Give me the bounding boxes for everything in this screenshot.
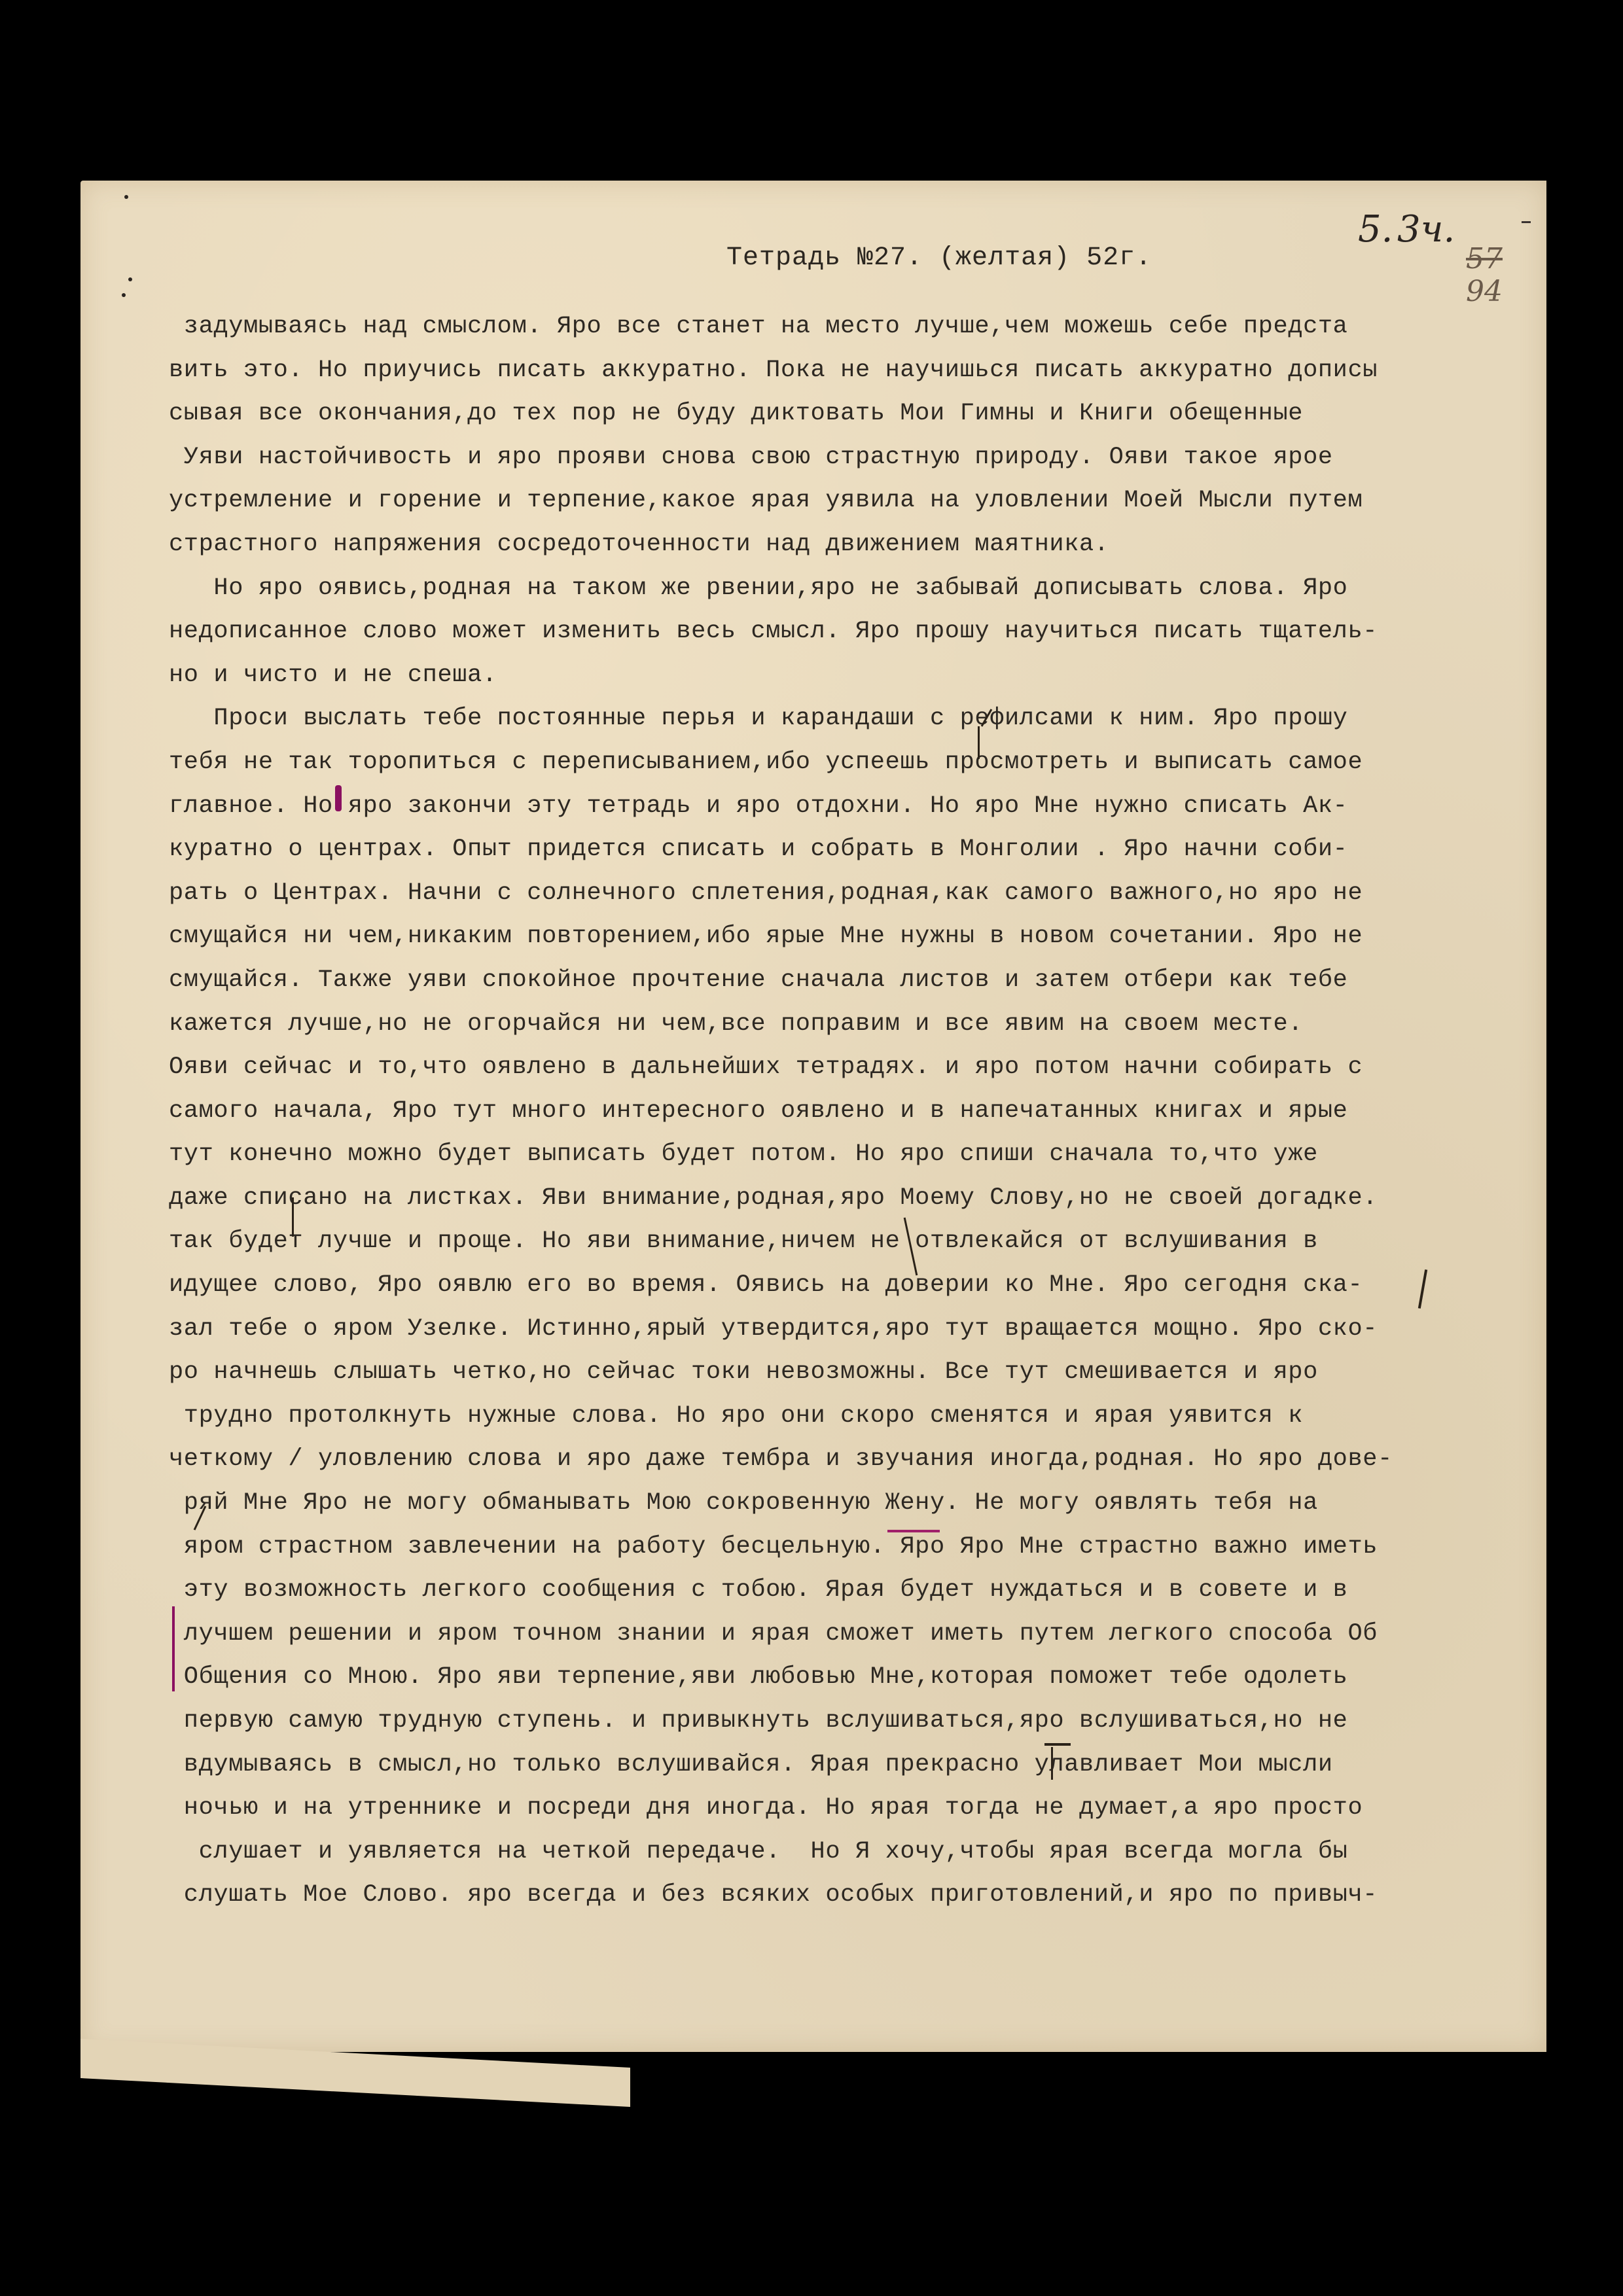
text-line: Уяви настойчивость и яро прояви снова св…	[169, 436, 1537, 480]
text-line: вдумываясь в смысл,но только вслушивайся…	[169, 1743, 1537, 1787]
text-line: трудно протолкнуть нужные слова. Но яро …	[169, 1394, 1537, 1438]
text-line: но и чисто и не спеша.	[169, 654, 1537, 698]
text-line: ро начнешь слышать четко,но сейчас токи …	[169, 1351, 1537, 1394]
text-line: четкому / уловлению слова и яро даже тем…	[169, 1438, 1537, 1481]
handwritten-page-number: 94	[1466, 275, 1503, 308]
text-line: смущайся ни чем,никаким повторением,ибо …	[169, 915, 1537, 959]
margin-dash-mark	[1522, 221, 1531, 223]
text-line: рать о Центрах. Начни с солнечного сплет…	[169, 872, 1537, 915]
text-line: Проси выслать тебе постоянные перья и ка…	[169, 697, 1537, 741]
text-line: устремление и горение и терпение,какое я…	[169, 479, 1537, 523]
ink-correction-stroke	[978, 726, 980, 759]
text-line: вить это. Но приучись писать аккуратно. …	[169, 349, 1537, 393]
paper-torn-edge	[80, 2039, 630, 2107]
text-line: тебя не так торопиться с переписыванием,…	[169, 741, 1537, 785]
text-line: главное. Но яро закончи эту тетрадь и яр…	[169, 785, 1537, 828]
document-body: задумываясь над смыслом. Яро все станет …	[169, 305, 1537, 1917]
ink-correction-stroke	[1044, 1743, 1071, 1746]
text-line: зал тебе о яром Узелке. Истинно,ярый утв…	[169, 1307, 1537, 1351]
text-line: так будет лучше и проще. Но яви внимание…	[169, 1220, 1537, 1263]
text-line: самого начала, Яро тут много интересного…	[169, 1089, 1537, 1133]
text-line: Общения со Мною. Яро яви терпение,яви лю…	[169, 1655, 1537, 1699]
handwritten-annotation-5: 5.	[1358, 208, 1393, 251]
margin-dot-mark	[124, 195, 128, 199]
text-line: эту возможность легкого сообщения с тобо…	[169, 1568, 1537, 1612]
text-line: слушать Мое Слово. яро всегда и без всяк…	[169, 1873, 1537, 1917]
text-line: слушает и уявляется на четкой передаче. …	[169, 1830, 1537, 1874]
text-line: задумываясь над смыслом. Яро все станет …	[169, 305, 1537, 349]
text-line: яром страстном завлечении на работу бесц…	[169, 1525, 1537, 1569]
magenta-underline	[887, 1530, 940, 1532]
text-line: первую самую трудную ступень. и привыкну…	[169, 1699, 1537, 1743]
document-title: Тетрадь №27. (желтая) 52г.	[726, 243, 1152, 273]
magenta-insertion-line	[172, 1606, 175, 1691]
text-line: сывая все окончания,до тех пор не буду д…	[169, 392, 1537, 436]
text-line: ночью и на утреннике и посреди дня иногд…	[169, 1786, 1537, 1830]
handwritten-page-number-crossed: 57	[1466, 242, 1503, 275]
text-line: тут конечно можно будет выписать будет п…	[169, 1133, 1537, 1176]
text-line: Ояви сейчас и то,что оявлено в дальнейши…	[169, 1046, 1537, 1089]
text-line: страстного напряжения сосредоточенности …	[169, 523, 1537, 567]
margin-dot-mark	[122, 293, 126, 297]
text-line: лучшем решении и яром точном знании и яр…	[169, 1612, 1537, 1656]
text-line: ряй Мне Яро не могу обманывать Мою сокро…	[169, 1481, 1537, 1525]
text-line: смущайся. Также уяви спокойное прочтение…	[169, 959, 1537, 1002]
text-line: Но яро оявись,родная на таком же рвении,…	[169, 567, 1537, 610]
text-line: кажется лучше,но не огорчайся ни чем,все…	[169, 1002, 1537, 1046]
text-line: куратно о центрах. Опыт придется списать…	[169, 828, 1537, 872]
ink-correction-stroke	[1051, 1747, 1053, 1780]
ink-correction-stroke	[292, 1197, 294, 1237]
magenta-correction-mark	[335, 785, 342, 811]
text-line: недописанное слово может изменить весь с…	[169, 610, 1537, 654]
text-line: даже списано на листках. Яви внимание,ро…	[169, 1176, 1537, 1220]
text-line: идущее слово, Яро оявлю его во время. Оя…	[169, 1263, 1537, 1307]
handwritten-annotation-3ch: 3ч.	[1397, 208, 1455, 251]
margin-dot-mark	[128, 277, 132, 281]
